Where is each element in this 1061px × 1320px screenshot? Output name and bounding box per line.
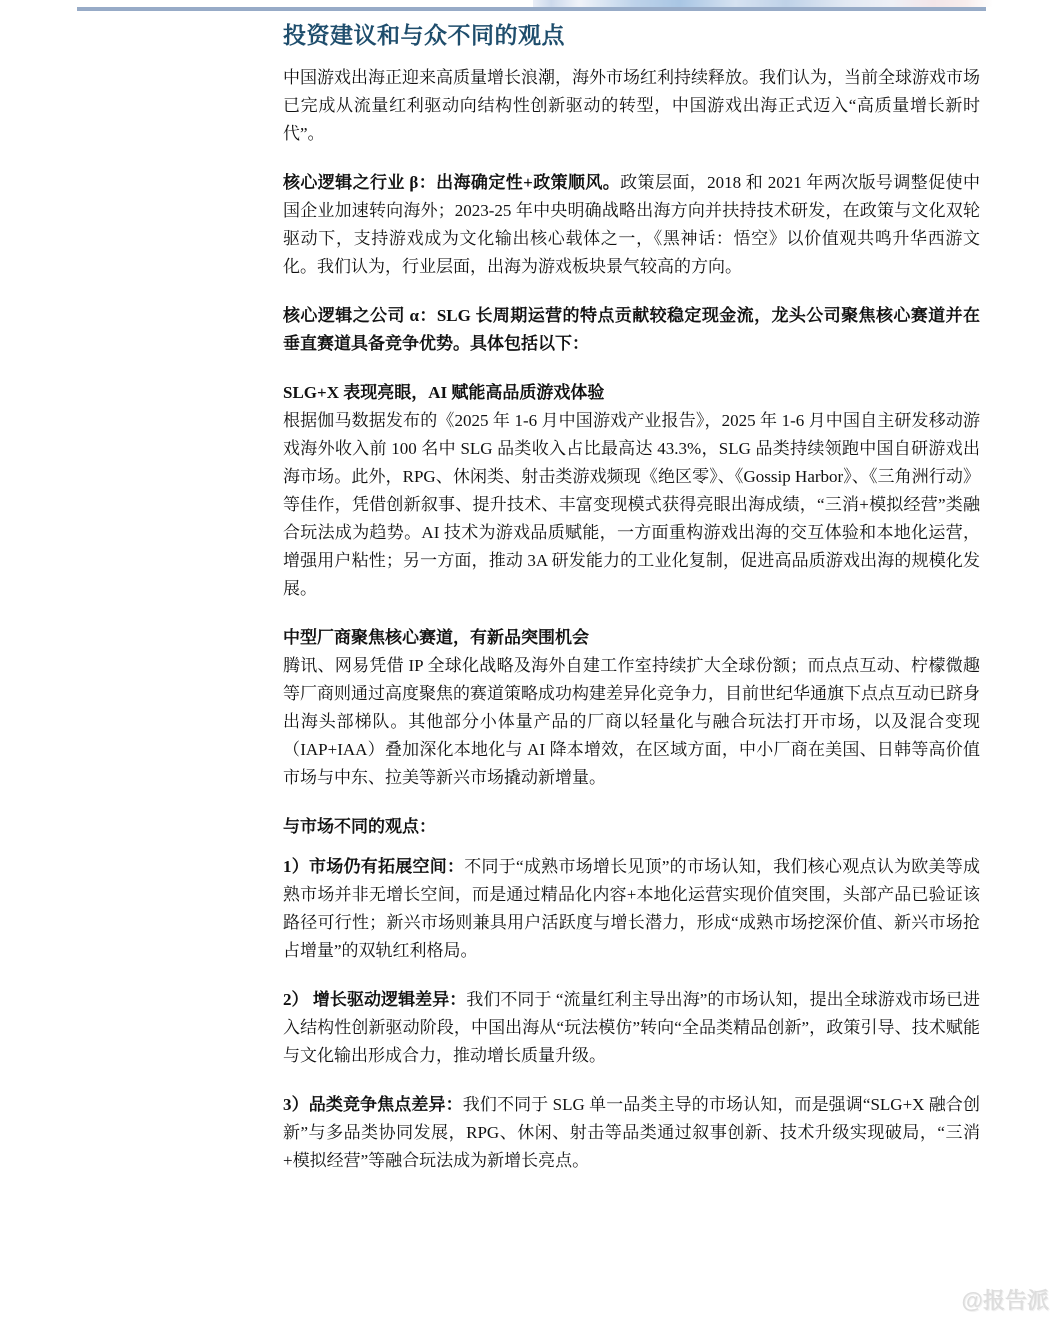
company-alpha-paragraph: 核心逻辑之公司 α：SLG 长周期运营的特点贡献较稳定现金流，龙头公司聚焦核心赛… (283, 302, 980, 358)
view2-paragraph: 2） 增长驱动逻辑差异：我们不同于 “流量红利主导出海”的市场认知，提出全球游戏… (283, 986, 980, 1070)
slgx-text: 根据伽马数据发布的《2025 年 1-6 月中国游戏产业报告》，2025 年 1… (283, 411, 980, 598)
watermark: @报告派 (962, 1287, 1049, 1315)
view1-lead: 1）市场仍有拓展空间： (283, 857, 464, 876)
report-page: 投资建议和与众不同的观点 中国游戏出海正迎来高质量增长浪潮，海外市场红利持续释放… (0, 0, 1061, 1320)
view1-paragraph: 1）市场仍有拓展空间：不同于“成熟市场增长见顶”的市场认知，我们核心观点认为欧美… (283, 853, 980, 965)
document-body: 投资建议和与众不同的观点 中国游戏出海正迎来高质量增长浪潮，海外市场红利持续释放… (283, 20, 980, 1196)
intro-paragraph: 中国游戏出海正迎来高质量增长浪潮，海外市场红利持续释放。我们认为，当前全球游戏市… (283, 64, 980, 148)
header-divider (77, 7, 986, 11)
cropped-image-strip (533, 0, 993, 7)
slgx-heading: SLG+X 表现亮眼，AI 赋能高品质游戏体验 (283, 379, 980, 407)
midsize-vendors-paragraph: 腾讯、网易凭借 IP 全球化战略及海外自建工作室持续扩大全球份额；而点点互动、柠… (283, 652, 980, 792)
industry-beta-paragraph: 核心逻辑之行业 β：出海确定性+政策顺风。政策层面，2018 和 2021 年两… (283, 169, 980, 281)
midsize-vendors-text: 腾讯、网易凭借 IP 全球化战略及海外自建工作室持续扩大全球份额；而点点互动、柠… (283, 656, 980, 787)
company-alpha-text: 核心逻辑之公司 α：SLG 长周期运营的特点贡献较稳定现金流，龙头公司聚焦核心赛… (283, 306, 980, 353)
slgx-paragraph: 根据伽马数据发布的《2025 年 1-6 月中国游戏产业报告》，2025 年 1… (283, 407, 980, 603)
different-views-heading: 与市场不同的观点： (283, 813, 980, 841)
midsize-vendors-heading: 中型厂商聚焦核心赛道，有新品突围机会 (283, 624, 980, 652)
industry-beta-lead: 核心逻辑之行业 β：出海确定性+政策顺风。 (283, 173, 620, 192)
view3-paragraph: 3）品类竞争焦点差异：我们不同于 SLG 单一品类主导的市场认知，而是强调“SL… (283, 1091, 980, 1175)
page-title: 投资建议和与众不同的观点 (283, 20, 980, 52)
intro-text: 中国游戏出海正迎来高质量增长浪潮，海外市场红利持续释放。我们认为，当前全球游戏市… (283, 68, 980, 143)
view2-lead: 2） 增长驱动逻辑差异： (283, 990, 466, 1009)
view3-lead: 3）品类竞争焦点差异： (283, 1095, 463, 1114)
